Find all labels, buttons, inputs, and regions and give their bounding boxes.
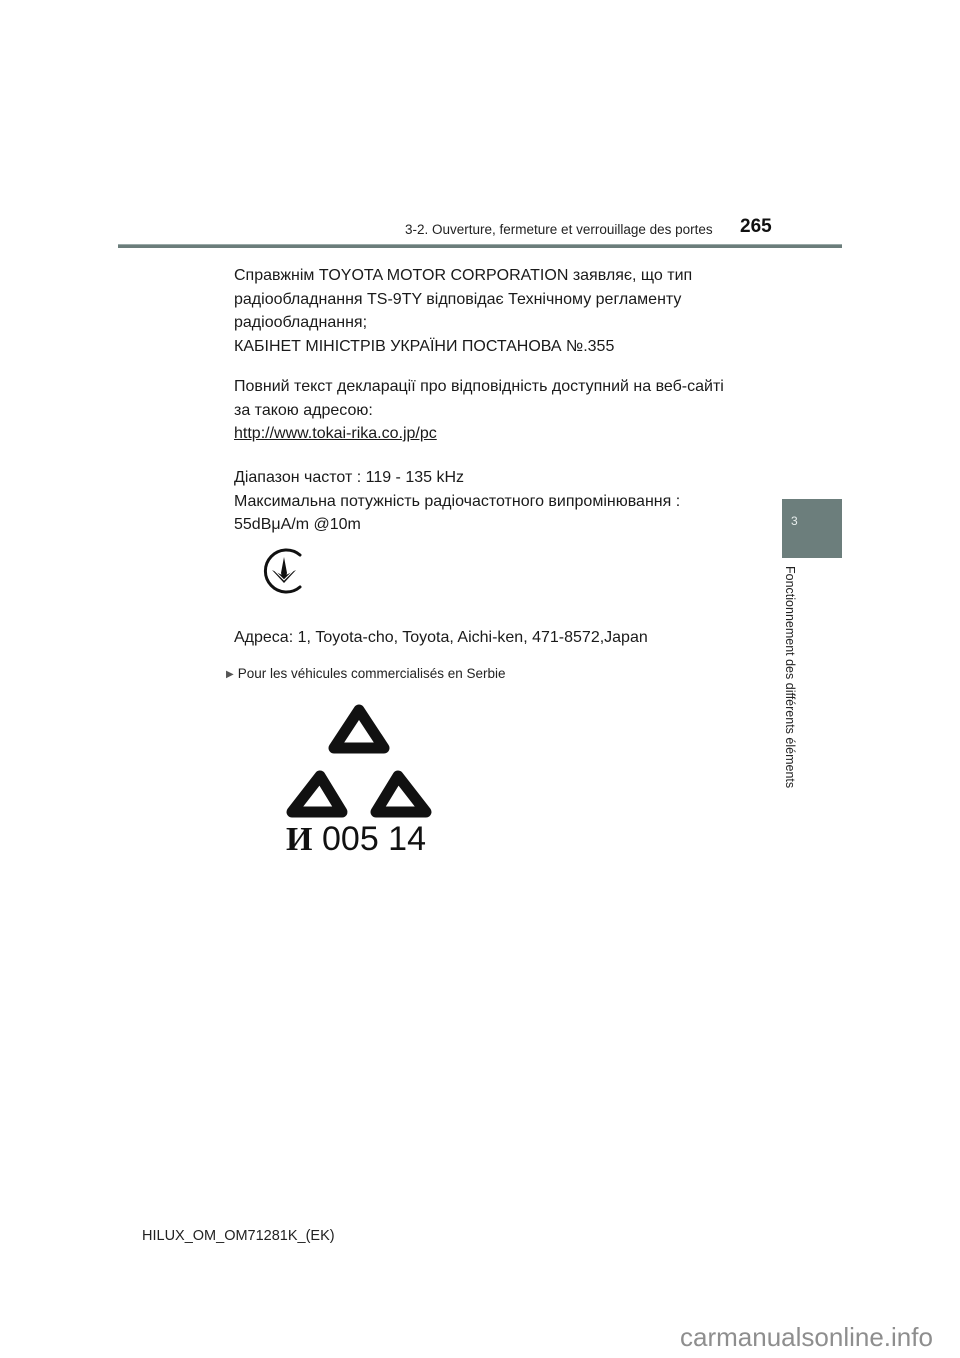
serbia-mark-prefix: И — [286, 821, 312, 858]
declaration-line: радіообладнання TS-9TY відповідає Техніч… — [234, 288, 692, 312]
header-divider — [118, 244, 842, 248]
declaration-line: Повний текст декларації про відповідніст… — [234, 375, 724, 399]
max-power-label: Максимальна потужність радіочастотного в… — [234, 490, 680, 514]
frequency-range: Діапазон частот : 119 - 135 kHz — [234, 466, 680, 490]
declaration-line: Справжнім TOYOTA MOTOR CORPORATION заявл… — [234, 264, 692, 288]
serbia-heading: ▶Pour les véhicules commercialisés en Se… — [226, 666, 506, 681]
chapter-title: Fonctionnement des différents éléments — [783, 566, 797, 788]
declaration-paragraph-3: Діапазон частот : 119 - 135 kHz Максимал… — [234, 466, 680, 537]
watermark[interactable]: carmanualsonline.info — [680, 1322, 933, 1353]
declaration-line: радіообладнання; — [234, 311, 692, 335]
page-number: 265 — [740, 216, 772, 238]
serbia-mark-code: 005 14 — [322, 820, 426, 858]
declaration-line: КАБІНЕТ МІНІСТРІВ УКРАЇНИ ПОСТАНОВА №.35… — [234, 335, 692, 359]
document-code: HILUX_OM_OM71281K_(EK) — [142, 1228, 335, 1244]
serbia-heading-text: Pour les véhicules commercialisés en Ser… — [238, 666, 506, 681]
chapter-number: 3 — [791, 514, 798, 528]
ukraine-conformity-mark-icon — [256, 543, 312, 599]
declaration-paragraph-1: Справжнім TOYOTA MOTOR CORPORATION заявл… — [234, 264, 692, 358]
header-section-title: 3-2. Ouverture, fermeture et verrouillag… — [405, 222, 713, 237]
declaration-url-link[interactable]: http://www.tokai-rika.co.jp/pc — [234, 425, 437, 442]
declaration-paragraph-2: Повний текст декларації про відповідніст… — [234, 375, 724, 446]
max-power-value: 55dBμA/m @10m — [234, 513, 680, 537]
serbia-triple-triangle-mark-icon: И 005 14 — [282, 700, 436, 860]
declaration-line: за такою адресою: — [234, 399, 724, 423]
manufacturer-address: Адреса: 1, Toyota-cho, Toyota, Aichi-ken… — [234, 629, 648, 647]
triangle-right-icon: ▶ — [226, 669, 234, 680]
chapter-tab[interactable]: 3 — [782, 499, 842, 558]
